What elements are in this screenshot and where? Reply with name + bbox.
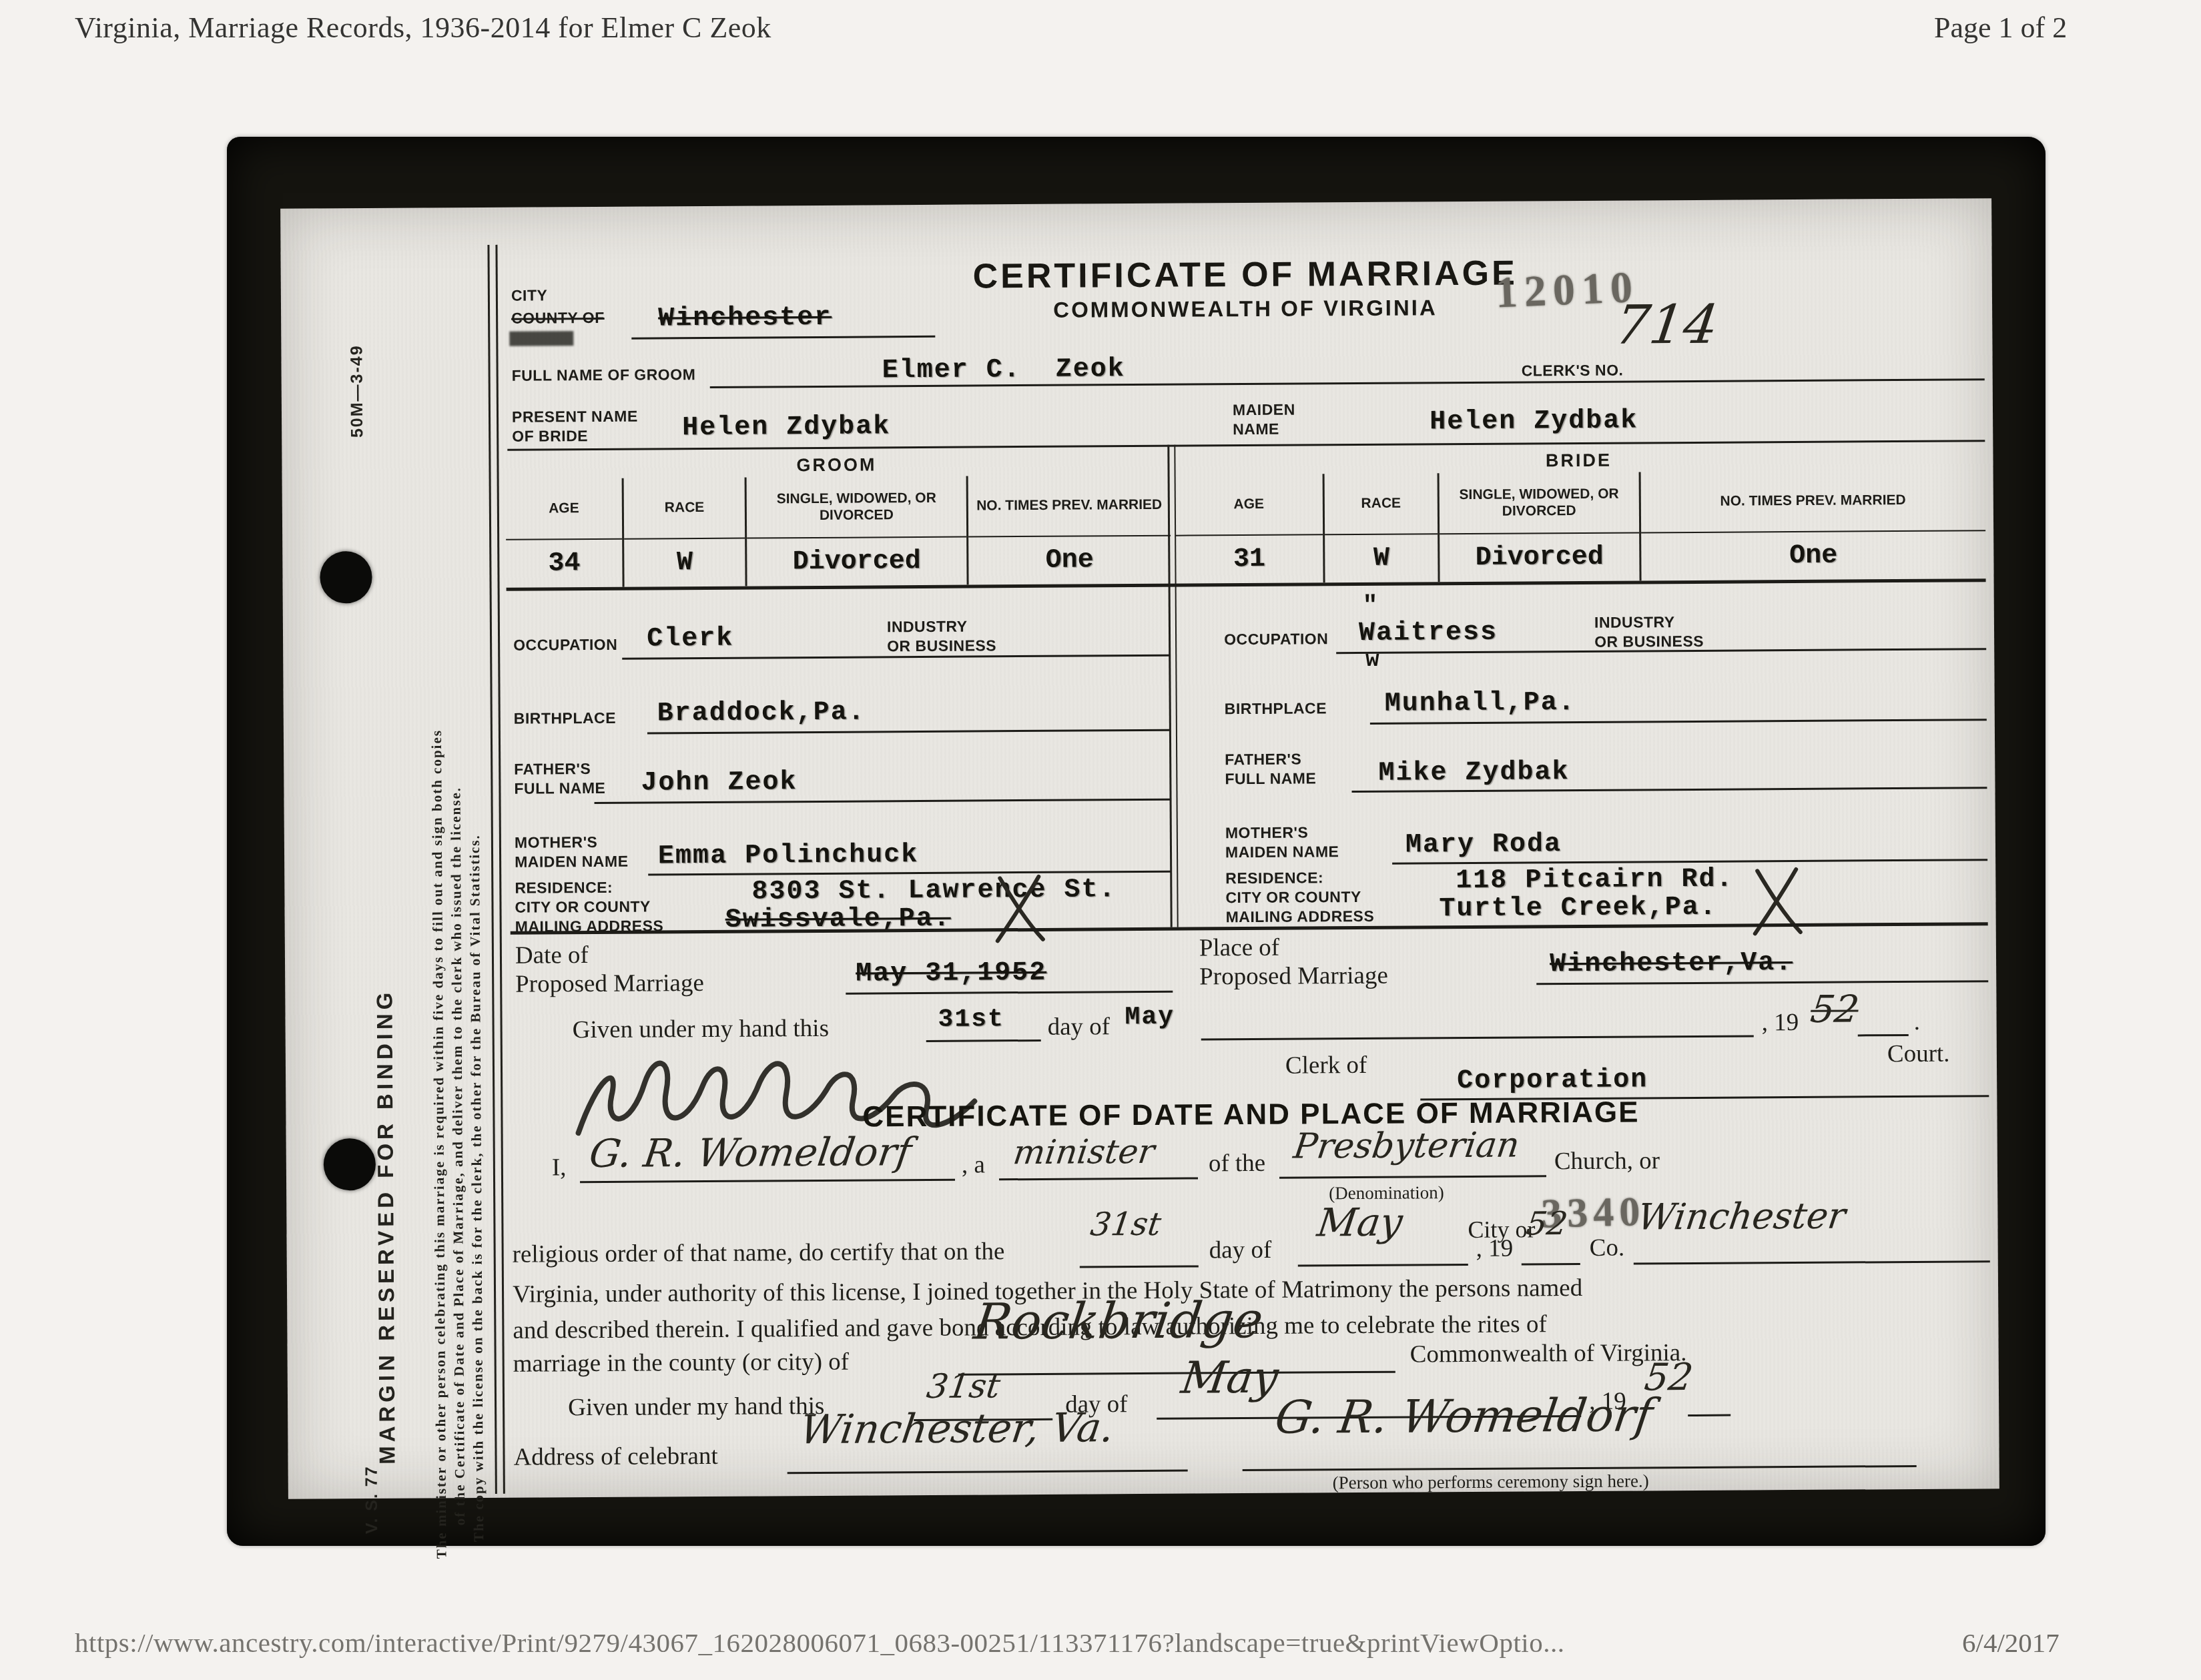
- footer-date: 6/4/2017: [1962, 1627, 2060, 1659]
- residence-label-line1: RESIDENCE:: [515, 879, 613, 897]
- bride-age-value: 31: [1175, 535, 1323, 583]
- church-or-text: Church, or: [1554, 1146, 1660, 1176]
- ceremony-county-hand: Winchester: [1635, 1195, 1848, 1238]
- clerk-of-text: Clerk of: [1285, 1051, 1367, 1080]
- residence-label-line2: CITY OR COUNTY: [1225, 888, 1361, 906]
- groom-mother-value: Emma Polinchuck: [658, 840, 918, 871]
- court-type-value: Corporation: [1457, 1065, 1648, 1096]
- groom-status-column: SINGLE, WIDOWED, OR DIVORCED Divorced: [747, 476, 968, 586]
- signature-caption: (Person who performs ceremony sign here.…: [1333, 1471, 1649, 1493]
- bride-present-value: Helen Zdybak: [682, 412, 890, 443]
- ceremony-year-hand: 52: [1524, 1205, 1570, 1242]
- groom-name-value: Elmer C. Zeok: [882, 354, 1125, 386]
- residence-label-line2: CITY OR COUNTY: [515, 897, 651, 915]
- margin-note-2: of the Certificate of Date and Place of …: [447, 787, 468, 1525]
- bride-present-label-line1: PRESENT NAME: [512, 408, 638, 426]
- residence-label-line3: MAILING ADDRESS: [1226, 907, 1375, 925]
- groom-birthplace-value: Braddock,Pa.: [657, 698, 866, 729]
- groom-residence-x-mark: [992, 874, 1048, 944]
- groom-father-value: John Zeok: [641, 767, 797, 798]
- groom-age-column: AGE 34: [506, 478, 625, 588]
- maiden-label-line2: NAME: [1233, 420, 1279, 437]
- ceremony-year-underline: [1522, 1263, 1580, 1266]
- place-label-line1: Place of: [1199, 934, 1279, 962]
- celebrant-signature: G. R. Womeldorf: [1272, 1389, 1656, 1444]
- ceremony-given-text: Given under my hand this: [568, 1392, 825, 1422]
- bride-race-column: RACE W: [1324, 473, 1440, 582]
- ink-smudge: [509, 331, 573, 346]
- father-label-line2: FULL NAME: [514, 779, 605, 797]
- bride-father-value: Mike Zydbak: [1378, 757, 1569, 789]
- ceremony-day-of-text: day of: [1209, 1236, 1272, 1265]
- place-underline: [631, 336, 935, 340]
- co-text: Co.: [1590, 1234, 1625, 1262]
- role-hand: minister: [1011, 1132, 1157, 1172]
- bride-status-value: Divorced: [1440, 533, 1639, 582]
- ceremony-day-underline: [1080, 1265, 1199, 1268]
- a-text: , a: [962, 1150, 985, 1179]
- county-line-text: marriage in the county (or city) of: [513, 1348, 850, 1378]
- industry-label-line2: OR BUSINESS: [1594, 633, 1704, 651]
- celebrant-name-hand: G. R. Womeldorf: [587, 1129, 914, 1176]
- court-text: Court.: [1887, 1039, 1950, 1069]
- year-prefix-text: , 19: [1761, 1008, 1799, 1037]
- clerks-no-label: CLERK'S NO.: [1522, 361, 1624, 381]
- binding-margin-title: MARGIN RESERVED FOR BINDING: [372, 989, 400, 1465]
- industry-label-line1: INDUSTRY: [887, 618, 968, 636]
- denomination-hand: Presbyterian: [1291, 1126, 1522, 1167]
- groom-occupation-value: Clerk: [647, 624, 733, 655]
- father-label-line1: FATHER'S: [514, 760, 591, 778]
- denomination-underline: [1279, 1175, 1546, 1178]
- ceremony-county-underline: [1634, 1260, 1990, 1264]
- place-proposed-underline: [1536, 980, 1988, 985]
- given-month-value: May: [1125, 1003, 1175, 1031]
- groom-race-value: W: [624, 539, 745, 587]
- mother-label-line2: MAIDEN NAME: [515, 852, 628, 870]
- groom-times-column: NO. TIMES PREV. MARRIED One: [968, 475, 1171, 585]
- groom-father-underline: [595, 799, 1171, 804]
- certify-line-text: religious order of that name, do certify…: [513, 1237, 1005, 1269]
- groom-race-header: RACE: [624, 478, 745, 540]
- place-proposed-value: Winchester,Va.: [1550, 948, 1793, 979]
- date-proposed-label: Date of Proposed Marriage: [515, 940, 704, 999]
- groom-times-value: One: [968, 536, 1171, 585]
- city-label: CITY: [511, 286, 548, 305]
- industry-label-line1: INDUSTRY: [1594, 613, 1675, 631]
- address-celebrant-hand: Winchester, Va.: [798, 1404, 1117, 1453]
- maiden-name-label: MAIDEN NAME: [1233, 400, 1295, 439]
- year-underline: [1858, 1034, 1909, 1036]
- groom-age-header: AGE: [506, 478, 623, 540]
- groom-mother-label: MOTHER'S MAIDEN NAME: [515, 833, 629, 872]
- ceremony-day-hand: 31st: [1088, 1206, 1164, 1244]
- form-number: V. S. 77: [362, 1465, 382, 1534]
- date-label-line2: Proposed Marriage: [515, 969, 704, 998]
- binding-rule: [487, 245, 505, 1494]
- maiden-name-value: Helen Zydbak: [1430, 406, 1638, 437]
- bride-status-column: SINGLE, WIDOWED, OR DIVORCED Divorced: [1440, 472, 1641, 582]
- bride-times-column: NO. TIMES PREV. MARRIED One: [1640, 470, 1985, 580]
- bride-status-header: SINGLE, WIDOWED, OR DIVORCED: [1440, 472, 1639, 534]
- bride-birthplace-underline: [1370, 719, 1987, 725]
- given-line-underline: [1201, 1035, 1754, 1040]
- bride-mother-value: Mary Roda: [1405, 829, 1562, 860]
- groom-industry-label: INDUSTRY OR BUSINESS: [887, 616, 996, 656]
- margin-note-3: The copy with the license on the back is…: [466, 834, 487, 1542]
- father-label-line2: FULL NAME: [1225, 769, 1316, 787]
- groom-residence-street: 8303 St. Lawrence St.: [751, 875, 1116, 907]
- address-celebrant-underline: [788, 1470, 1188, 1475]
- father-label-line1: FATHER'S: [1225, 751, 1301, 769]
- bride-age-header: AGE: [1175, 474, 1323, 536]
- bride-birthplace-label: BIRTHPLACE: [1225, 699, 1327, 719]
- ceremony-year-prefix: , 19: [1476, 1234, 1514, 1263]
- celebrant-name-underline: [580, 1179, 955, 1183]
- maiden-label-line1: MAIDEN: [1233, 401, 1295, 419]
- ceremony-given-year-underline: [1688, 1414, 1731, 1416]
- groom-birthplace-underline: [647, 729, 1170, 735]
- certificate-paper: 50M—3-49 MARGIN RESERVED FOR BINDING The…: [280, 198, 1999, 1499]
- bride-residence-label: RESIDENCE: CITY OR COUNTY MAILING ADDRES…: [1225, 868, 1374, 927]
- groom-section-header: GROOM: [505, 453, 1167, 478]
- period-text: .: [1913, 1007, 1920, 1036]
- groom-race-column: RACE W: [624, 478, 747, 587]
- bride-industry-label: INDUSTRY OR BUSINESS: [1594, 612, 1704, 652]
- marriage-county-hand: Rockbridge: [971, 1292, 1267, 1351]
- date-proposed-underline: [846, 991, 1173, 995]
- groom-residence-label: RESIDENCE: CITY OR COUNTY MAILING ADDRES…: [515, 877, 663, 936]
- print-header-title: Virginia, Marriage Records, 1936-2014 fo…: [75, 11, 771, 45]
- day-of-text: day of: [1047, 1012, 1110, 1041]
- bride-age-column: AGE 31: [1175, 474, 1325, 583]
- ceremony-month-hand: May: [1315, 1200, 1405, 1246]
- hole-punch-top: [320, 551, 372, 603]
- marriage-county-underline: [958, 1371, 1395, 1376]
- bride-residence-city: Turtle Creek,Pa.: [1439, 893, 1716, 925]
- groom-birthplace-label: BIRTHPLACE: [514, 709, 616, 729]
- bride-residence-street: 118 Pitcairn Rd.: [1456, 865, 1733, 897]
- groom-name-label: FULL NAME OF GROOM: [512, 365, 696, 385]
- date-label-line1: Date of: [515, 941, 589, 969]
- commonwealth-text: Commonwealth of Virginia.: [1410, 1338, 1687, 1369]
- groom-status-header: SINGLE, WIDOWED, OR DIVORCED: [747, 476, 966, 539]
- celebrant-signature-underline: [1243, 1465, 1917, 1471]
- bride-occupation-value: Waitress: [1359, 618, 1498, 649]
- margin-note-1: The minister or other person celebrating…: [428, 729, 450, 1559]
- groom-age-value: 34: [506, 540, 623, 588]
- groom-father-label: FATHER'S FULL NAME: [514, 759, 605, 798]
- place-proposed-label: Place of Proposed Marriage: [1199, 933, 1388, 991]
- bride-times-header: NO. TIMES PREV. MARRIED: [1640, 470, 1985, 533]
- mother-label-line1: MOTHER'S: [515, 833, 598, 851]
- i-text: I,: [552, 1153, 567, 1182]
- mother-label-line2: MAIDEN NAME: [1225, 843, 1339, 861]
- role-underline: [999, 1177, 1198, 1180]
- occupation-overstrike-above: ": [1363, 592, 1378, 620]
- residence-label-line1: RESIDENCE:: [1225, 869, 1323, 887]
- page-indicator: Page 1 of 2: [1934, 11, 2067, 45]
- form-stock-number: 50M—3-49: [347, 344, 367, 438]
- bride-present-label-line2: OF BRIDE: [512, 427, 588, 445]
- bride-section-header: BRIDE: [1172, 448, 1985, 473]
- statistics-table: AGE 34 RACE W SINGLE, WIDOWED, OR DIVORC…: [506, 470, 1986, 591]
- ceremony-given-month-hand: May: [1179, 1352, 1282, 1404]
- footer-url: https://www.ancestry.com/interactive/Pri…: [75, 1627, 1564, 1659]
- groom-occupation-label: OCCUPATION: [513, 635, 617, 655]
- scan-frame: 50M—3-49 MARGIN RESERVED FOR BINDING The…: [227, 137, 2046, 1546]
- bride-race-value: W: [1325, 534, 1438, 582]
- bride-occupation-label: OCCUPATION: [1224, 629, 1328, 649]
- bride-birthplace-value: Munhall,Pa.: [1385, 688, 1576, 719]
- given-day-value: 31st: [938, 1005, 1004, 1034]
- ceremony-month-underline: [1298, 1264, 1468, 1267]
- groom-times-header: NO. TIMES PREV. MARRIED: [968, 475, 1171, 538]
- place-label-line2: Proposed Marriage: [1199, 962, 1388, 991]
- bride-race-header: RACE: [1324, 473, 1438, 535]
- of-the-text: of the: [1209, 1149, 1266, 1178]
- mother-label-line1: MOTHER'S: [1225, 823, 1309, 841]
- ceremony-given-day-hand: 31st: [924, 1366, 1002, 1406]
- county-label: COUNTY OF: [511, 308, 605, 328]
- bride-times-value: One: [1641, 531, 1986, 580]
- industry-label-line2: OR BUSINESS: [887, 637, 996, 655]
- groom-status-value: Divorced: [747, 538, 966, 586]
- bride-present-label: PRESENT NAME OF BRIDE: [512, 407, 638, 446]
- bride-father-label: FATHER'S FULL NAME: [1225, 749, 1316, 788]
- year-hand-value: 52: [1808, 987, 1861, 1031]
- address-celebrant-label: Address of celebrant: [513, 1442, 717, 1472]
- date-proposed-value: May 31,1952: [856, 958, 1046, 989]
- clerks-no-value: 714: [1612, 294, 1722, 356]
- hole-punch-bottom: [324, 1138, 376, 1190]
- bride-mother-label: MOTHER'S MAIDEN NAME: [1225, 823, 1339, 862]
